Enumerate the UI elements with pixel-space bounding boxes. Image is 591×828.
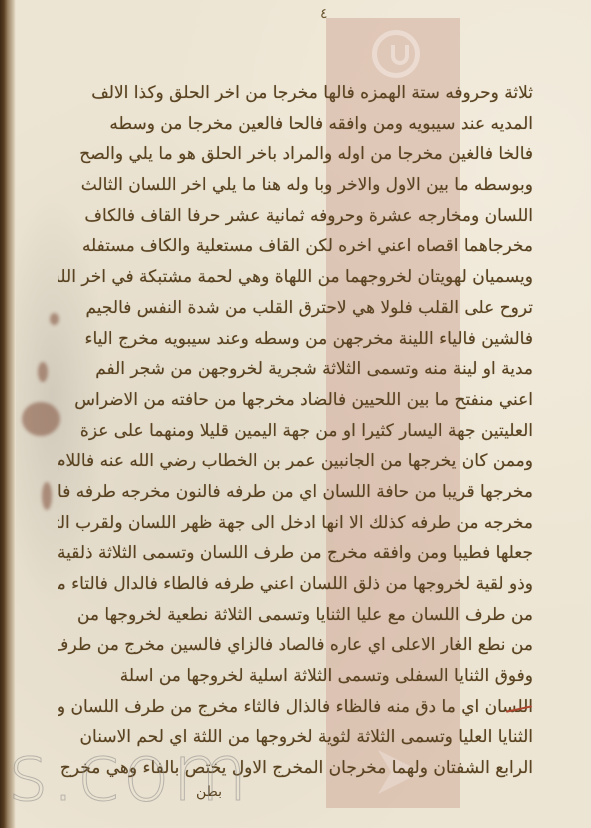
text-line: فالشين فالياء اللينة مخرجهن من وسطه وعند… — [58, 324, 533, 355]
text-line: جعلها فطيبا ومن وافقه مخرج من طرف اللسان… — [58, 538, 533, 569]
text-line: ويسميان لهويتان لخروجهما من اللهاة وهي ل… — [58, 262, 533, 293]
manuscript-page: ٤ ثلاثة وحروفه ستة الهمزه فالها مخرجا من… — [0, 0, 591, 828]
manuscript-text: ثلاثة وحروفه ستة الهمزه فالها مخرجا من ا… — [58, 78, 533, 784]
text-line: مدية او لينة منه وتسمى الثلاثة شجرية لخر… — [58, 354, 533, 385]
binding-edge — [0, 0, 16, 828]
text-line: ثلاثة وحروفه ستة الهمزه فالها مخرجا من ا… — [58, 78, 533, 109]
text-line: من طرف اللسان مع عليا الثنايا وتسمى الثل… — [58, 600, 533, 631]
text-line: وذو لقية لخروجها من ذلق اللسان اعني طرفه… — [58, 569, 533, 600]
text-line: فالخا فالغين مخرجا من اوله والمراد باخر … — [58, 139, 533, 170]
text-line: اعني منفتح ما بين اللحيين فالضاد مخرجها … — [58, 385, 533, 416]
text-line: المديه عند سيبويه ومن وافقه فالحا فالعين… — [58, 109, 533, 140]
ink-stain — [38, 362, 48, 382]
ink-stain — [22, 402, 60, 436]
text-line: مخرجاهما اقصاه اعني اخره لكن القاف مستعل… — [58, 231, 533, 262]
page-number: ٤ — [320, 6, 328, 22]
text-line: مخرجها قريبا من حافة اللسان اي من طرفه ف… — [58, 477, 533, 508]
text-line: تروح على القلب فلولا هي لاحترق القلب من … — [58, 293, 533, 324]
circular-logo-icon — [372, 30, 420, 78]
watermark-text: s.com — [8, 735, 250, 813]
text-line: اللسان اي ما دق منه فالظاء فالذال فالثاء… — [58, 692, 533, 723]
text-line: وبوسطه ما بين الاول والاخر وبا وله هنا م… — [58, 170, 533, 201]
text-line: اللسان ومخارجه عشرة وحروفه ثمانية عشر حر… — [58, 201, 533, 232]
text-line: وممن كان يخرجها من الجانبين عمر بن الخطا… — [58, 446, 533, 477]
text-line: من نطع الغار الاعلى اي عاره فالصاد فالزا… — [58, 630, 533, 661]
text-line: العليتين جهة اليسار كثيرا او من جهة اليم… — [58, 416, 533, 447]
ink-stain — [42, 482, 52, 510]
text-line: مخرجه من طرفه كذلك الا انها ادخل الى جهة… — [58, 508, 533, 539]
text-line: وفوق الثنايا السفلى وتسمى الثلاثة اسلية … — [58, 661, 533, 692]
